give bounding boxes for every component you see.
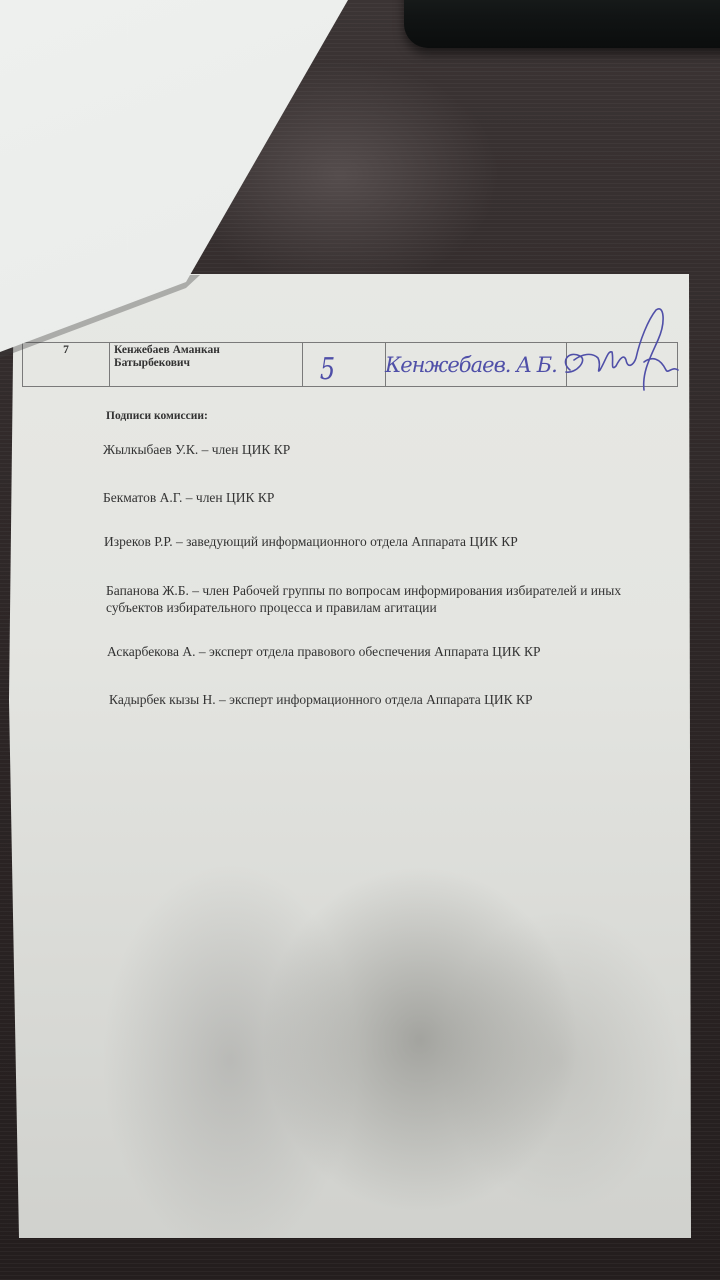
score-cell (303, 343, 386, 387)
dark-device-object (404, 0, 720, 48)
row-number: 7 (23, 343, 110, 387)
commission-member: Аскарбекова А. – эксперт отдела правовог… (107, 643, 677, 660)
signature-icon (540, 300, 700, 400)
handwritten-fio: Кенжебаев. А Б. (385, 353, 557, 377)
commission-member: Бапанова Ж.Б. – член Рабочей группы по в… (106, 582, 676, 616)
commission-member: Бекматов А.Г. – член ЦИК КР (103, 489, 673, 506)
candidate-name-line2: Батырбекович (114, 357, 298, 370)
candidate-name-line1: Кенжебаев Аманкан (114, 344, 298, 357)
candidate-name: Кенжебаев Аманкан Батырбекович (110, 343, 303, 387)
commission-title: Подписи комиссии: (106, 410, 208, 422)
handwritten-score: 5 (320, 352, 335, 387)
commission-member: Жылкыбаев У.К. – член ЦИК КР (103, 441, 673, 458)
commission-member: Изреков Р.Р. – заведующий информационног… (104, 533, 674, 550)
commission-member: Кадырбек кызы Н. – эксперт информационно… (109, 691, 679, 708)
